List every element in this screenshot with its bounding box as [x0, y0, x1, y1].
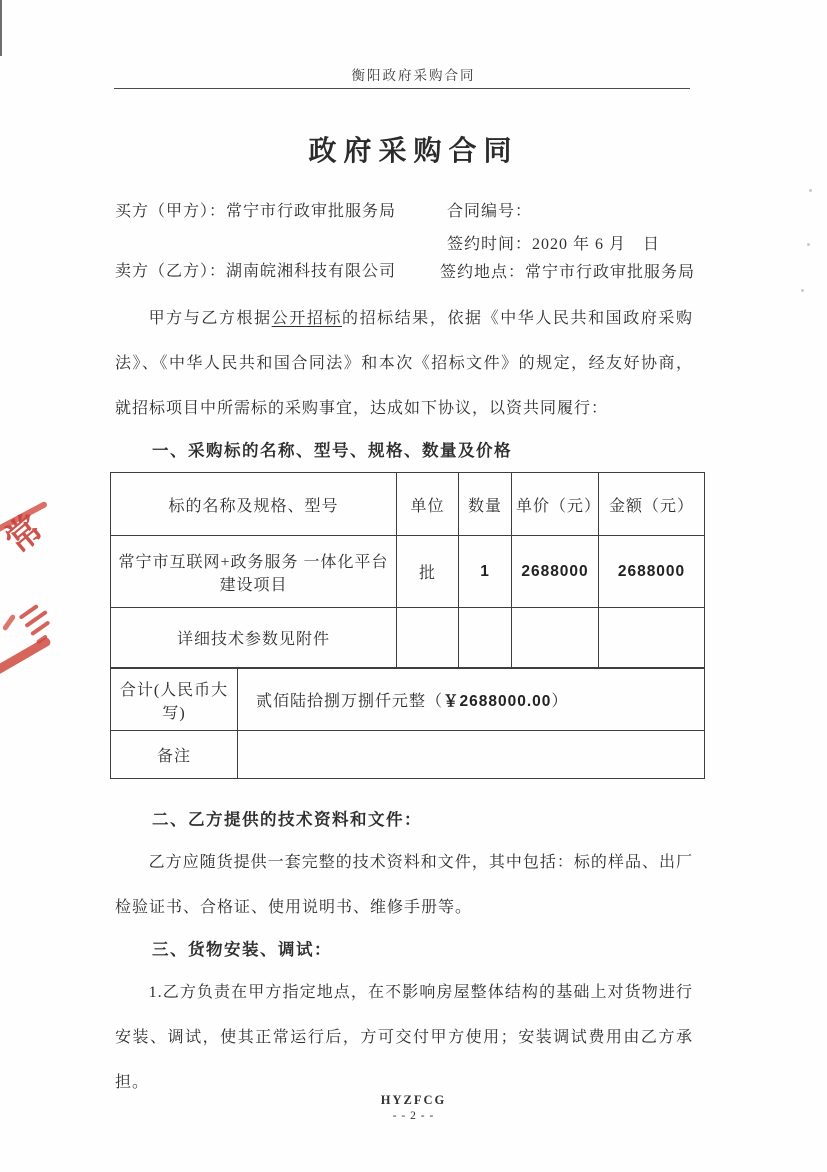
seal-stroke-icon: [0, 501, 48, 534]
seal-fragment-upper: 常: [0, 490, 80, 570]
remark-value-cell: [238, 731, 705, 779]
intro-paragraph: 甲方与乙方根据公开招标的招标结果，依据《中华人民共和国政府采购法》、《中华人民共…: [115, 296, 693, 431]
intro-underlined-term: 公开招标: [272, 310, 342, 327]
total-label-cell: 合计(人民币大写): [111, 669, 238, 731]
contract-page: 衡阳政府采购合同 政府采购合同 买方（甲方）：常宁市行政审批服务局 合同编号： …: [0, 0, 827, 1172]
total-prefix: 贰佰陆拾捌万捌仟元整（: [256, 693, 443, 710]
scan-edge-artifact: [0, 0, 2, 56]
table-row: 常宁市互联网+政务服务 一体化平台建设项目 批 1 2688000 268800…: [111, 536, 705, 608]
remark-row: 备注: [111, 731, 705, 779]
scan-speck: [809, 189, 812, 192]
contract-no-line: 合同编号：: [447, 198, 532, 221]
product-amount-cell: 2688000: [599, 536, 705, 608]
product-name-cell: 常宁市互联网+政务服务 一体化平台建设项目: [111, 536, 397, 608]
seal-stroke-icon: [0, 636, 52, 677]
scan-speck: [801, 289, 804, 292]
intro-part1: 甲方与乙方根据: [149, 310, 272, 327]
detail-unit-cell: [397, 608, 459, 668]
procurement-table-upper: 标的名称及规格、型号 单位 数量 单价（元） 金额（元） 常宁市互联网+政务服务…: [110, 472, 705, 668]
header-cell-unit: 单位: [397, 473, 459, 536]
scan-speck: [807, 243, 810, 246]
seal-stroke-icon: [2, 614, 16, 632]
seal-character-fragment: [19, 602, 60, 645]
product-qty-cell: 1: [459, 536, 512, 608]
detail-unit-price-cell: [512, 608, 599, 668]
remark-label-cell: 备注: [111, 731, 238, 779]
section3-body: 1.乙方负责在甲方指定地点，在不影响房屋整体结构的基础上对货物进行安装、调试，使…: [115, 970, 693, 1105]
detail-amount-cell: [599, 608, 705, 668]
procurement-table-lower: 合计(人民币大写) 贰佰陆拾捌万捌仟元整（￥2688000.00） 备注: [110, 668, 705, 779]
sign-time-line: 签约时间：2020 年 6 月 日: [447, 231, 660, 254]
table-header-row: 标的名称及规格、型号 单位 数量 单价（元） 金额（元）: [111, 473, 705, 536]
seller-line: 卖方（乙方）：湖南皖湘科技有限公司: [115, 258, 396, 281]
page-title: 政府采购合同: [0, 129, 827, 169]
section2-body: 乙方应随货提供一套完整的技术资料和文件，其中包括：标的样品、出厂检验证书、合格证…: [115, 840, 693, 930]
header-rule: [114, 88, 690, 89]
header-cell-amount: 金额（元）: [599, 473, 705, 536]
product-unit-price-cell: 2688000: [512, 536, 599, 608]
total-suffix: ）: [551, 693, 568, 710]
header-cell-name: 标的名称及规格、型号: [111, 473, 397, 536]
seal-fragment-lower: [0, 600, 90, 690]
running-header: 衡阳政府采购合同: [0, 64, 827, 84]
total-amount-figure: ￥2688000.00: [443, 693, 551, 710]
section3-heading: 三、货物安装、调试：: [152, 936, 332, 960]
section1-heading: 一、采购标的名称、型号、规格、数量及价格: [152, 437, 512, 461]
total-value-cell: 贰佰陆拾捌万捌仟元整（￥2688000.00）: [238, 669, 705, 731]
product-unit-cell: 批: [397, 536, 459, 608]
table-row: 详细技术参数见附件: [111, 608, 705, 668]
procurement-table: 标的名称及规格、型号 单位 数量 单价（元） 金额（元） 常宁市互联网+政务服务…: [110, 472, 704, 779]
section2-heading: 二、乙方提供的技术资料和文件：: [152, 806, 422, 830]
sign-place-line: 签约地点：常宁市行政审批服务局: [440, 259, 695, 282]
footer-code: HYZFCG: [0, 1093, 827, 1108]
seal-character: 常: [0, 509, 49, 560]
header-cell-qty: 数量: [459, 473, 512, 536]
header-cell-unit-price: 单价（元）: [512, 473, 599, 536]
total-row: 合计(人民币大写) 贰佰陆拾捌万捌仟元整（￥2688000.00）: [111, 669, 705, 731]
detail-note-cell: 详细技术参数见附件: [111, 608, 397, 668]
buyer-line: 买方（甲方）：常宁市行政审批服务局: [115, 198, 396, 221]
footer-page-number: - - 2 - -: [0, 1110, 827, 1122]
detail-qty-cell: [459, 608, 512, 668]
